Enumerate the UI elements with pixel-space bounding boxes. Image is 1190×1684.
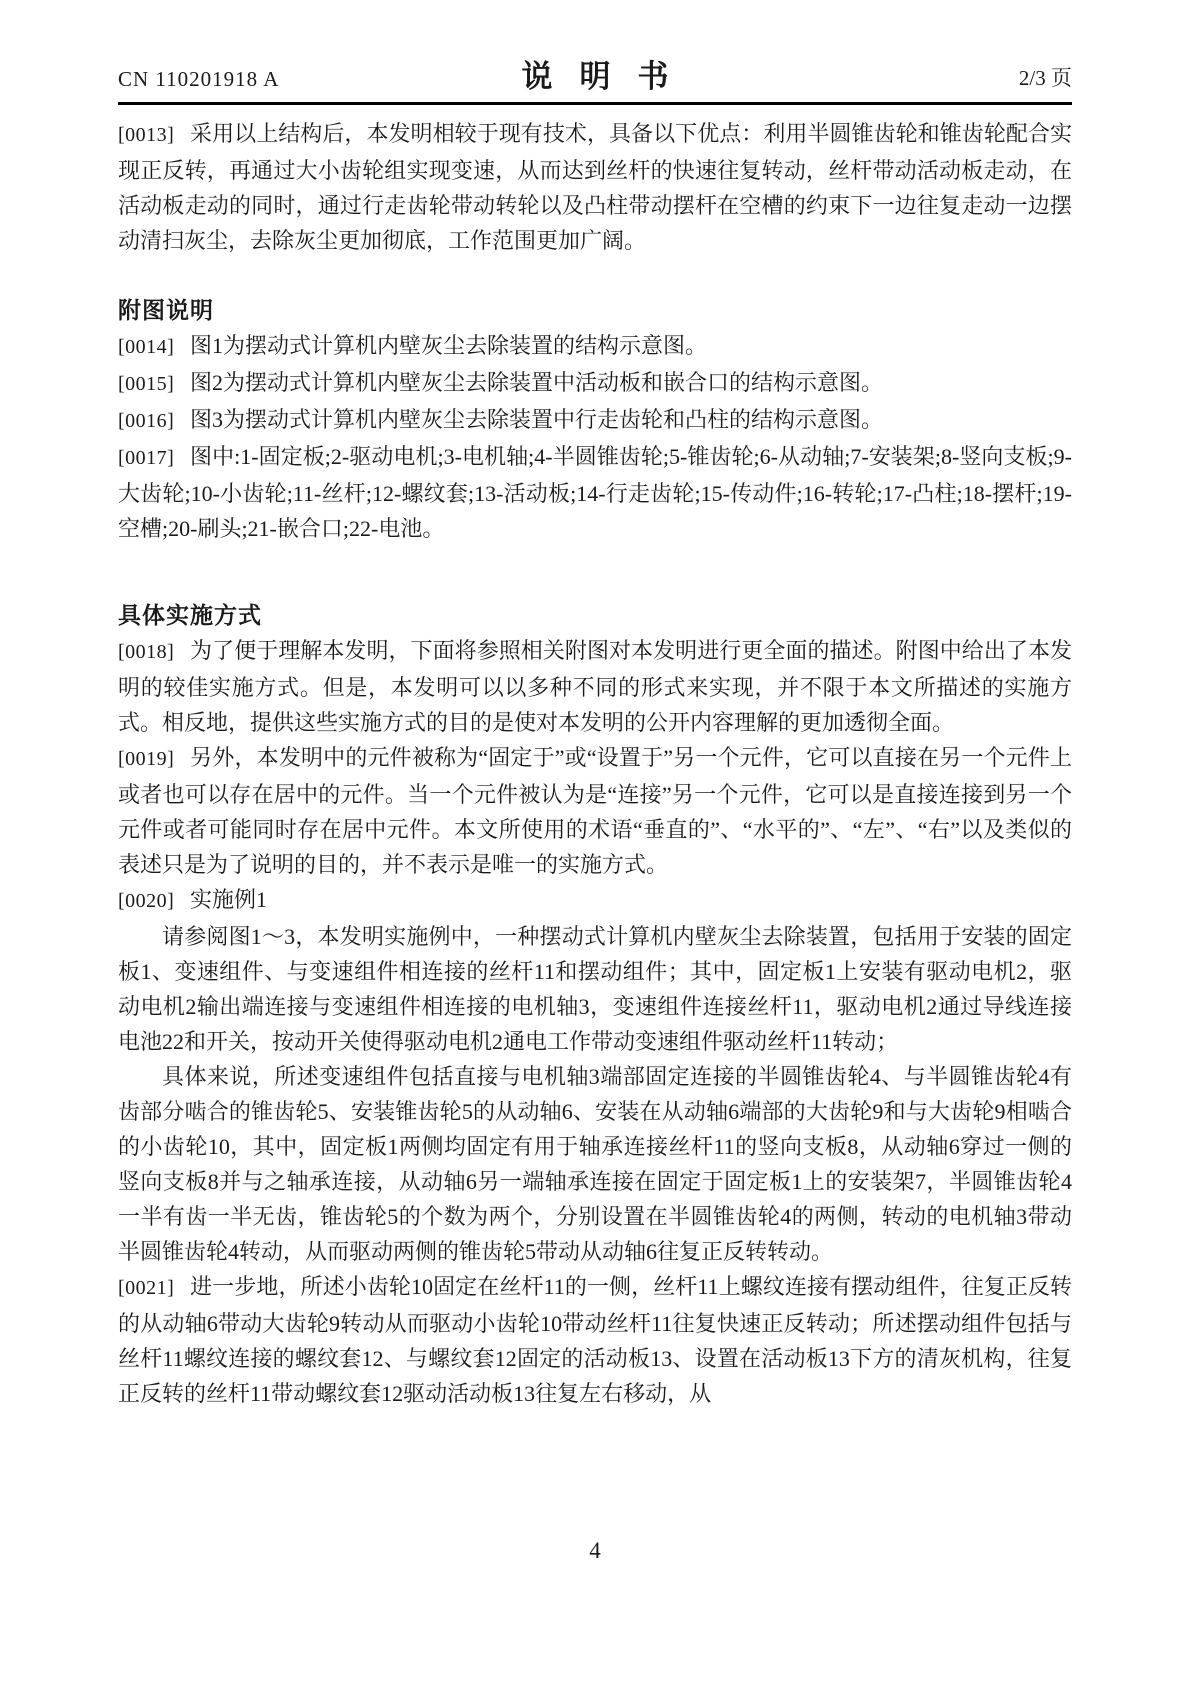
paragraph-0016: [0016]图3为摆动式计算机内壁灰尘去除装置中行走齿轮和凸柱的结构示意图。 <box>118 402 1072 439</box>
paragraph-0013: [0013]采用以上结构后，本发明相较于现有技术，具备以下优点：利用半圆锥齿轮和… <box>118 116 1072 258</box>
paragraph-number: [0018] <box>118 635 190 670</box>
paragraph-number: [0020] <box>118 884 190 919</box>
page-indicator: 2/3 页 <box>1019 62 1072 92</box>
header-rule <box>118 102 1072 105</box>
paragraph-text: 图中:1-固定板;2-驱动电机;3-电机轴;4-半圆锥齿轮;5-锥齿轮;6-从动… <box>118 444 1072 541</box>
paragraph-text: 具体来说，所述变速组件包括直接与电机轴3端部固定连接的半圆锥齿轮4、与半圆锥齿轮… <box>118 1064 1072 1264</box>
footer-page-number: 4 <box>0 1538 1190 1564</box>
section-heading-figures: 附图说明 <box>118 293 1072 328</box>
paragraph-embodiment-intro: 请参阅图1～3，本发明实施例中，一种摆动式计算机内壁灰尘去除装置，包括用于安装的… <box>118 919 1072 1059</box>
paragraph-number: [0015] <box>118 367 190 402</box>
paragraph-number: [0017] <box>118 441 190 476</box>
paragraph-text: 图1为摆动式计算机内壁灰尘去除装置的结构示意图。 <box>190 333 707 358</box>
document-title: 说明书 <box>495 51 696 96</box>
specification-body: [0013]采用以上结构后，本发明相较于现有技术，具备以下优点：利用半圆锥齿轮和… <box>118 116 1072 1411</box>
paragraph-0018: [0018]为了便于理解本发明，下面将参照相关附图对本发明进行更全面的描述。附图… <box>118 633 1072 740</box>
patent-specification-page: CN 110201918 A 说明书 2/3 页 [0013]采用以上结构后，本… <box>0 0 1190 1684</box>
paragraph-speed-assembly: 具体来说，所述变速组件包括直接与电机轴3端部固定连接的半圆锥齿轮4、与半圆锥齿轮… <box>118 1059 1072 1269</box>
paragraph-text: 为了便于理解本发明，下面将参照相关附图对本发明进行更全面的描述。附图中给出了本发… <box>118 638 1072 735</box>
paragraph-number: [0014] <box>118 330 190 365</box>
paragraph-text: 请参阅图1～3，本发明实施例中，一种摆动式计算机内壁灰尘去除装置，包括用于安装的… <box>118 924 1072 1054</box>
paragraph-text: 图3为摆动式计算机内壁灰尘去除装置中行走齿轮和凸柱的结构示意图。 <box>190 407 883 432</box>
paragraph-text: 采用以上结构后，本发明相较于现有技术，具备以下优点：利用半圆锥齿轮和锥齿轮配合实… <box>118 121 1072 253</box>
section-heading-embodiments: 具体实施方式 <box>118 598 1072 633</box>
paragraph-0021: [0021]进一步地，所述小齿轮10固定在丝杆11的一侧，丝杆11上螺纹连接有摆… <box>118 1269 1072 1411</box>
paragraph-0020: [0020]实施例1 <box>118 882 1072 919</box>
paragraph-0017: [0017]图中:1-固定板;2-驱动电机;3-电机轴;4-半圆锥齿轮;5-锥齿… <box>118 439 1072 546</box>
paragraph-number: [0019] <box>118 742 190 777</box>
paragraph-text: 图2为摆动式计算机内壁灰尘去除装置中活动板和嵌合口的结构示意图。 <box>190 370 883 395</box>
publication-number: CN 110201918 A <box>118 67 279 92</box>
paragraph-0014: [0014]图1为摆动式计算机内壁灰尘去除装置的结构示意图。 <box>118 328 1072 365</box>
paragraph-number: [0016] <box>118 404 190 439</box>
paragraph-text: 实施例1 <box>190 887 267 912</box>
paragraph-0015: [0015]图2为摆动式计算机内壁灰尘去除装置中活动板和嵌合口的结构示意图。 <box>118 365 1072 402</box>
paragraph-number: [0013] <box>118 118 190 153</box>
paragraph-text: 进一步地，所述小齿轮10固定在丝杆11的一侧，丝杆11上螺纹连接有摆动组件，往复… <box>118 1274 1072 1406</box>
paragraph-0019: [0019]另外，本发明中的元件被称为“固定于”或“设置于”另一个元件，它可以直… <box>118 740 1072 882</box>
paragraph-text: 另外，本发明中的元件被称为“固定于”或“设置于”另一个元件，它可以直接在另一个元… <box>118 745 1072 877</box>
page-header: CN 110201918 A 说明书 2/3 页 <box>118 60 1072 98</box>
paragraph-number: [0021] <box>118 1271 190 1306</box>
